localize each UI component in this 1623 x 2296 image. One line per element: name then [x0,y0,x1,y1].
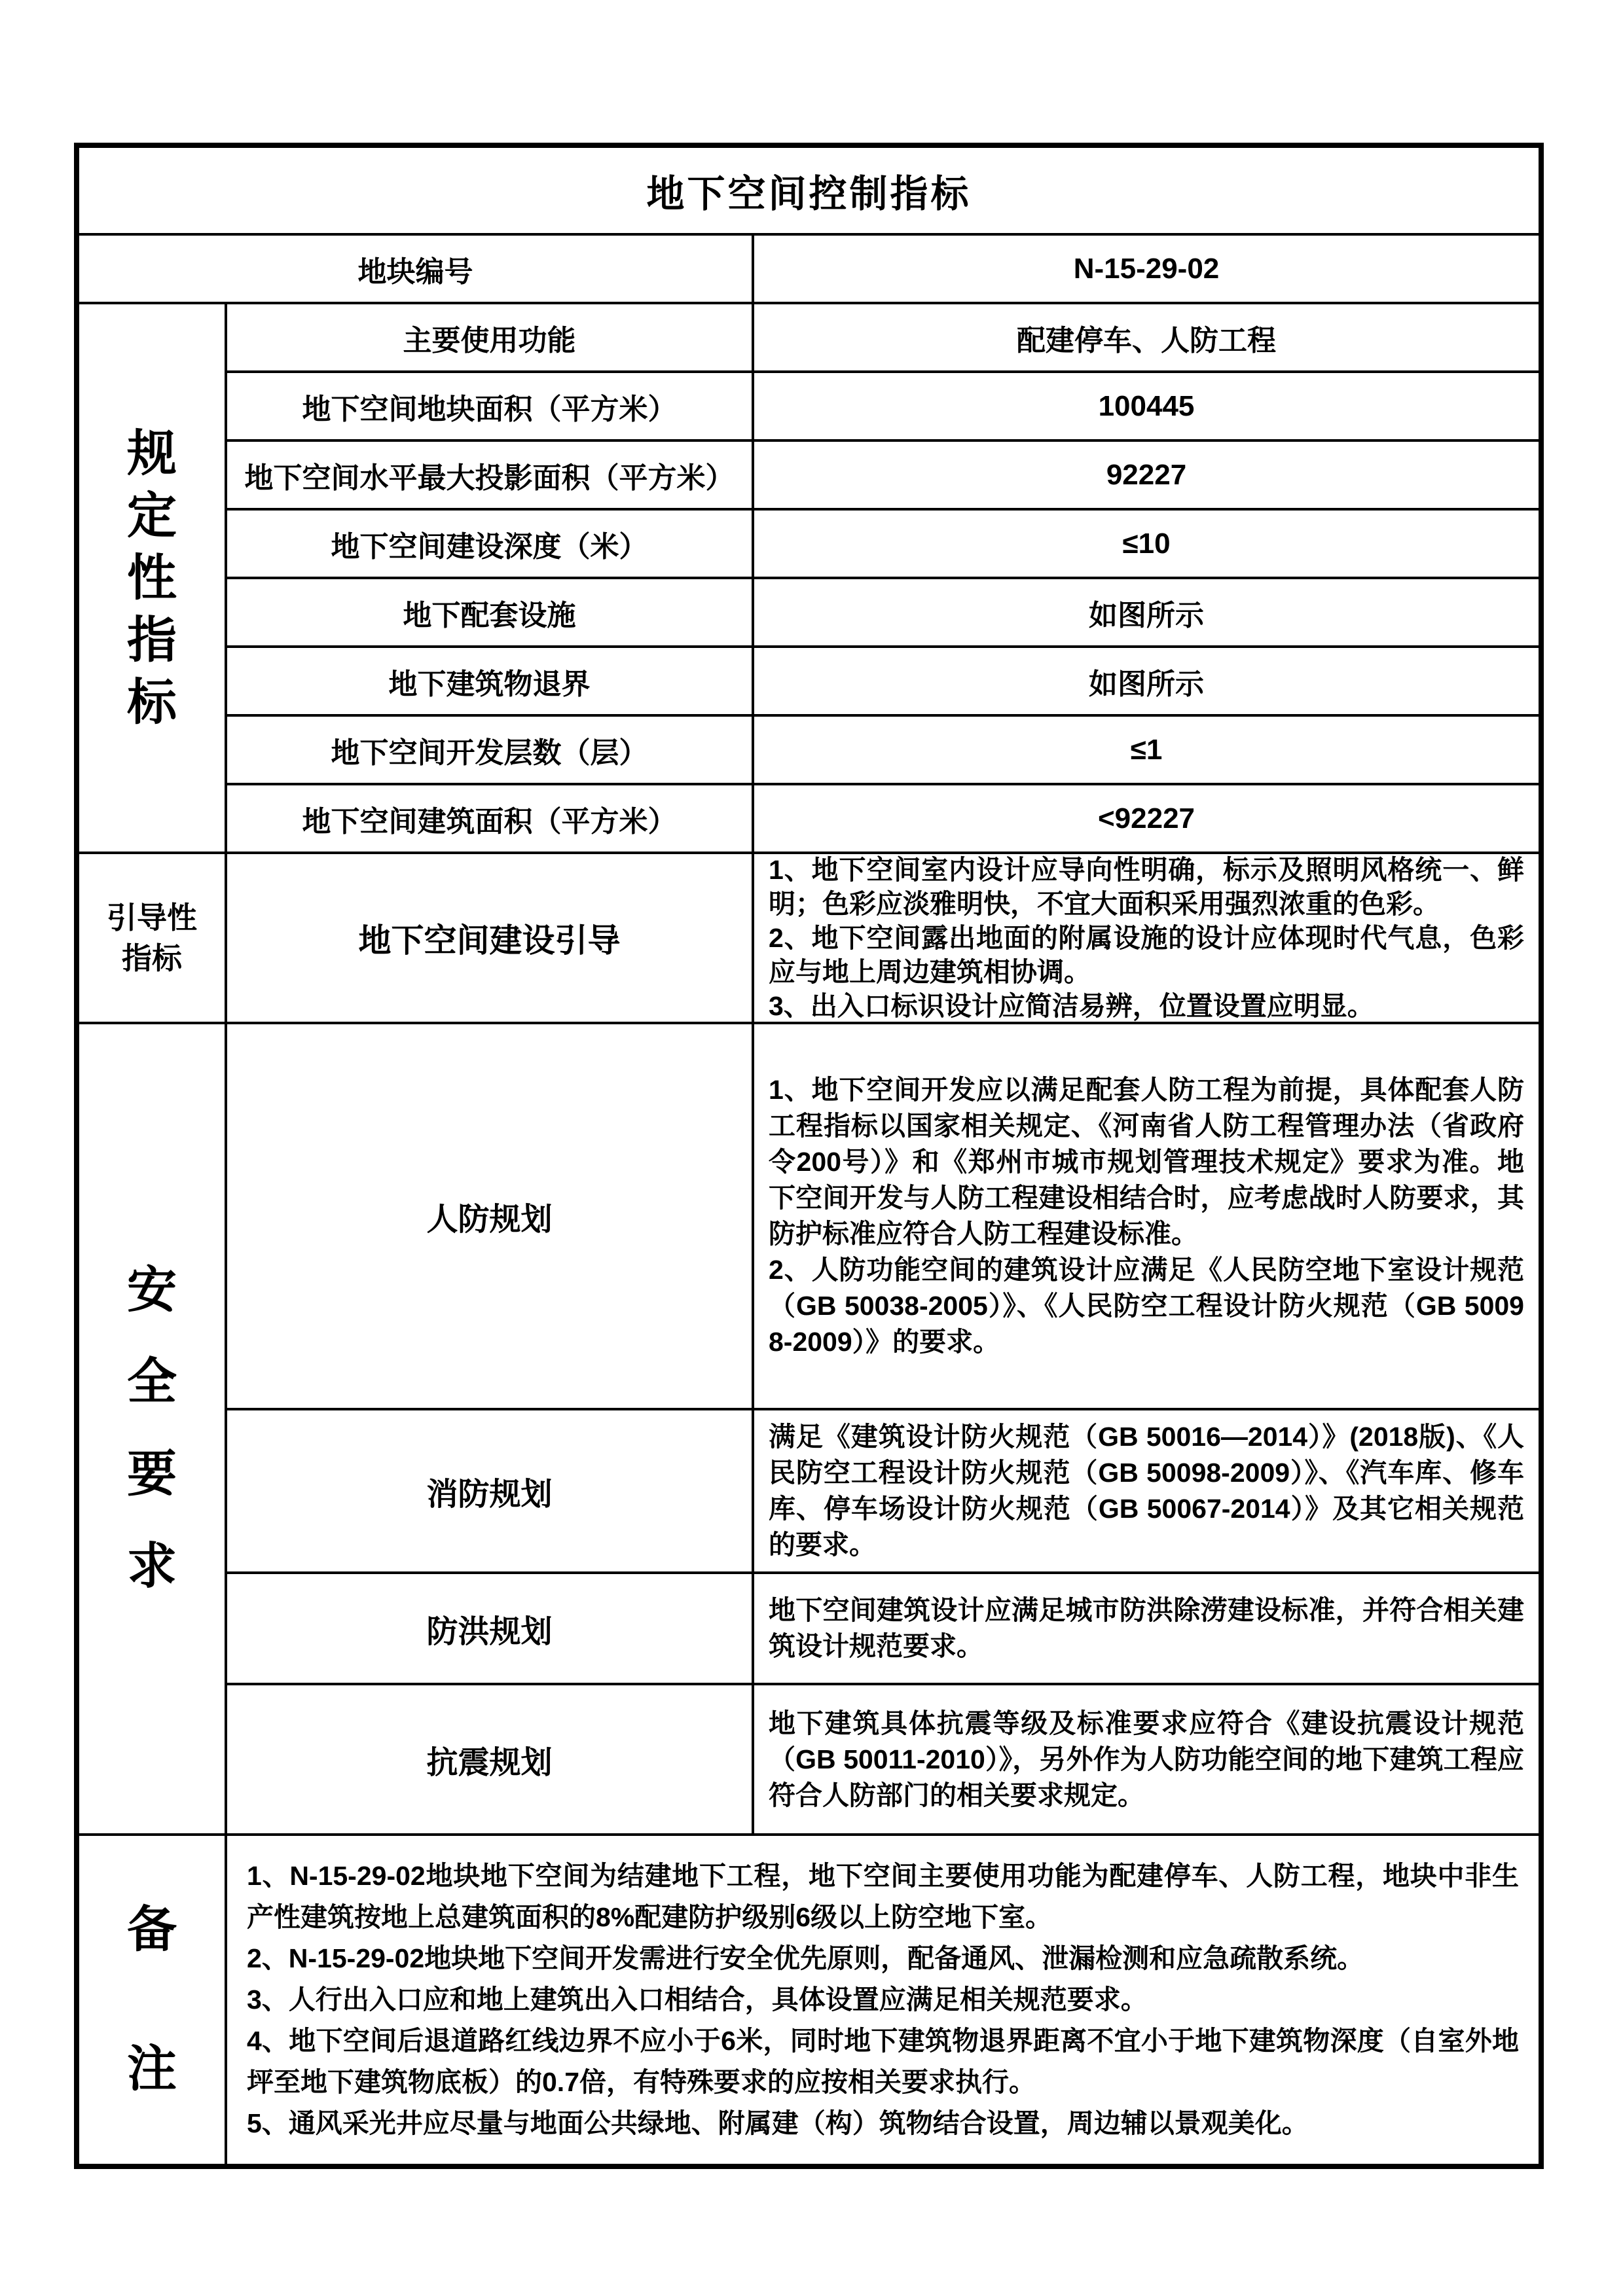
civil-defense-text-cell: 1、地下空间开发应以满足配套人防工程为前提，具体配套人防工程指标以国家相关规定、… [752,1022,1539,1408]
safety-row-label-flood: 防洪规划 [225,1571,752,1683]
document-page: 地下空间控制指标 地块编号 N-15-29-02 规定性指标 主要使用功能 配建… [0,0,1623,2296]
regulatory-section-label: 规定性指标 [79,302,225,852]
safety-row-label-civil-defense: 人防规划 [225,1022,752,1408]
guidance-text: 1、地下空间室内设计应导向性明确，标示及照明风格统一、鲜明；色彩应淡雅明快，不宜… [754,853,1539,1022]
safety-section-label-text: 安全要求 [124,1245,179,1613]
regulatory-row-value: 配建停车、人防工程 [752,302,1539,370]
regulatory-row-value: 100445 [752,370,1539,439]
fire-text-cell: 满足《建筑设计防火规范（GB 50016—2014）》(2018版)、《人民防空… [752,1408,1539,1571]
guidance-section-label-text: 引导性指标 [103,897,201,978]
civil-defense-text: 1、地下空间开发应以满足配套人防工程为前提，具体配套人防工程指标以国家相关规定、… [754,1067,1539,1365]
safety-section-label: 安全要求 [79,1022,225,1833]
plot-number-value: N-15-29-02 [752,233,1539,302]
regulatory-section-label-text: 规定性指标 [124,423,179,734]
seismic-text: 地下建筑具体抗震等级及标准要求应符合《建设抗震设计规范（GB 50011-201… [754,1700,1539,1819]
guidance-row-label: 地下空间建设引导 [225,852,752,1022]
flood-text-cell: 地下空间建筑设计应满足城市防洪除涝建设标准，并符合相关建筑设计规范要求。 [752,1571,1539,1683]
regulatory-row-value: 92227 [752,439,1539,508]
regulatory-row-label: 地下空间建设深度（米） [225,508,752,577]
table-title: 地下空间控制指标 [79,148,1539,233]
remarks-section-label: 备注 [79,1833,225,2164]
regulatory-row-label: 地下建筑物退界 [225,645,752,714]
regulatory-row-label: 地下空间建筑面积（平方米） [225,783,752,852]
regulatory-row-value: <92227 [752,783,1539,852]
regulatory-row-label: 地下空间地块面积（平方米） [225,370,752,439]
fire-text: 满足《建筑设计防火规范（GB 50016—2014）》(2018版)、《人民防空… [754,1414,1539,1568]
remarks-text-cell: 1、N-15-29-02地块地下空间为结建地下工程，地下空间主要使用功能为配建停… [225,1833,1539,2164]
safety-row-label-seismic: 抗震规划 [225,1683,752,1833]
regulatory-row-label: 地下配套设施 [225,577,752,645]
regulatory-row-value: ≤1 [752,714,1539,783]
safety-row-label-fire: 消防规划 [225,1408,752,1571]
regulatory-row-label: 地下空间开发层数（层） [225,714,752,783]
remarks-section-label-text: 备注 [124,1861,179,2140]
regulatory-row-value: 如图所示 [752,577,1539,645]
remarks-text: 1、N-15-29-02地块地下空间为结建地下工程，地下空间主要使用功能为配建停… [227,1849,1539,2151]
regulatory-row-label: 地下空间水平最大投影面积（平方米） [225,439,752,508]
guidance-text-cell: 1、地下空间室内设计应导向性明确，标示及照明风格统一、鲜明；色彩应淡雅明快，不宜… [752,852,1539,1022]
guidance-section-label: 引导性指标 [79,852,225,1022]
seismic-text-cell: 地下建筑具体抗震等级及标准要求应符合《建设抗震设计规范（GB 50011-201… [752,1683,1539,1833]
regulatory-row-value: 如图所示 [752,645,1539,714]
regulatory-row-value: ≤10 [752,508,1539,577]
plot-number-label: 地块编号 [79,233,752,302]
regulatory-row-label: 主要使用功能 [225,302,752,370]
flood-text: 地下空间建筑设计应满足城市防洪除涝建设标准，并符合相关建筑设计规范要求。 [754,1587,1539,1670]
underground-space-control-table: 地下空间控制指标 地块编号 N-15-29-02 规定性指标 主要使用功能 配建… [74,143,1544,2169]
